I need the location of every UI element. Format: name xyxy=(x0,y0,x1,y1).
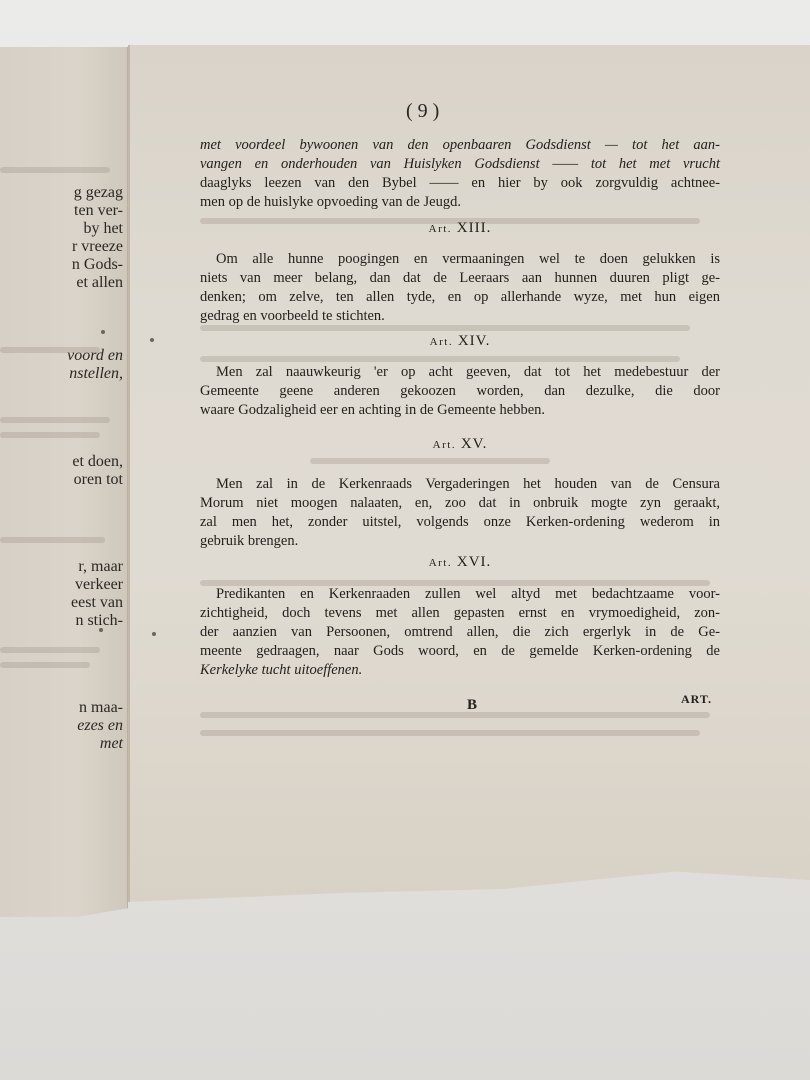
left-page-line: oren tot xyxy=(74,470,123,490)
text-line: men op de huislyke opvoeding van de Jeug… xyxy=(200,193,720,212)
text-line: met voordeel bywoonen van den openbaaren… xyxy=(200,136,720,155)
intro-paragraph: met voordeel bywoonen van den openbaaren… xyxy=(200,136,720,212)
text-line: niets van meer belang, dan dat de Leeraa… xyxy=(200,269,720,288)
left-page-line: r, maar xyxy=(78,557,123,577)
text-line: der aanzien van Persoonen, omtrend allen… xyxy=(200,623,720,642)
text-line: vangen en onderhouden van Huislyken Gods… xyxy=(200,155,720,174)
article-xvi-body: Predikanten en Kerkenraaden zullen wel a… xyxy=(200,585,720,680)
show-through-ink xyxy=(0,662,90,668)
text-line: Kerkelyke tucht uitoeffenen. xyxy=(200,661,720,680)
left-page-line: et allen xyxy=(76,273,123,293)
text-line: Om alle hunne poogingen en vermaaningen … xyxy=(200,250,720,269)
article-heading-xiii: Art. XIII. xyxy=(200,220,720,237)
stitch-hole xyxy=(101,330,105,334)
show-through-ink xyxy=(200,712,710,718)
left-page-line: by het xyxy=(83,219,123,239)
page-number: ( 9 ) xyxy=(406,100,439,123)
show-through-ink xyxy=(310,458,550,464)
text-line: Men zal in de Kerkenraads Vergaderingen … xyxy=(200,475,720,494)
stitch-hole xyxy=(150,338,154,342)
text-line: gebruik brengen. xyxy=(200,532,720,551)
left-page-line: r vreeze xyxy=(72,237,123,257)
text-line: gedrag en voorbeeld te stichten. xyxy=(200,307,720,326)
show-through-ink xyxy=(200,730,700,736)
show-through-ink xyxy=(0,417,110,423)
text-line: daaglyks leezen van den Bybel —— en hier… xyxy=(200,174,720,193)
show-through-ink xyxy=(0,537,105,543)
show-through-ink xyxy=(0,647,100,653)
left-page: g gezag ten ver- by het r vreeze n Gods-… xyxy=(0,47,128,917)
article-heading-xv: Art. XV. xyxy=(200,436,720,453)
article-xv-body: Men zal in de Kerkenraads Vergaderingen … xyxy=(200,475,720,551)
article-xiv-body: Men zal naauwkeurig 'er op acht geeven, … xyxy=(200,363,720,420)
text-line: zichtigheid, doch tevens met allen gepas… xyxy=(200,604,720,623)
left-page-line: verkeer xyxy=(75,575,123,595)
text-line: Men zal naauwkeurig 'er op acht geeven, … xyxy=(200,363,720,382)
article-heading-xvi: Art. XVI. xyxy=(200,554,720,571)
text-line: Morum niet moogen nalaaten, en, zoo dat … xyxy=(200,494,720,513)
left-page-line: eest van xyxy=(71,593,123,613)
catchword: ART. xyxy=(681,692,712,707)
show-through-ink xyxy=(0,347,100,353)
text-line: denken; om zelve, ten allen tyde, en op … xyxy=(200,288,720,307)
left-page-line: g gezag xyxy=(74,183,123,203)
left-page-line: nstellen, xyxy=(69,364,123,384)
text-line: Predikanten en Kerkenraaden zullen wel a… xyxy=(200,585,720,604)
left-page-line: met xyxy=(100,734,123,754)
show-through-ink xyxy=(0,432,100,438)
text-line: meente gedraagen, naar Gods woord, en de… xyxy=(200,642,720,661)
text-line: Gemeente geene anderen gekoozen worden, … xyxy=(200,382,720,401)
signature-mark: B xyxy=(467,697,477,714)
left-page-line: n Gods- xyxy=(72,255,123,275)
left-page-line: n maa- xyxy=(79,698,123,718)
left-page-line: ezes en xyxy=(77,716,123,736)
article-xiii-body: Om alle hunne poogingen en vermaaningen … xyxy=(200,250,720,326)
stitch-hole xyxy=(152,632,156,636)
show-through-ink xyxy=(0,167,110,173)
article-heading-xiv: Art. XIV. xyxy=(200,333,720,350)
left-page-line: et doen, xyxy=(72,452,123,472)
text-line: zal men het, zonder uitstel, volgends on… xyxy=(200,513,720,532)
show-through-ink xyxy=(200,356,680,362)
stitch-hole xyxy=(99,628,103,632)
text-line: waare Godzaligheid eer en achting in de … xyxy=(200,401,720,420)
left-page-line: ten ver- xyxy=(74,201,123,221)
